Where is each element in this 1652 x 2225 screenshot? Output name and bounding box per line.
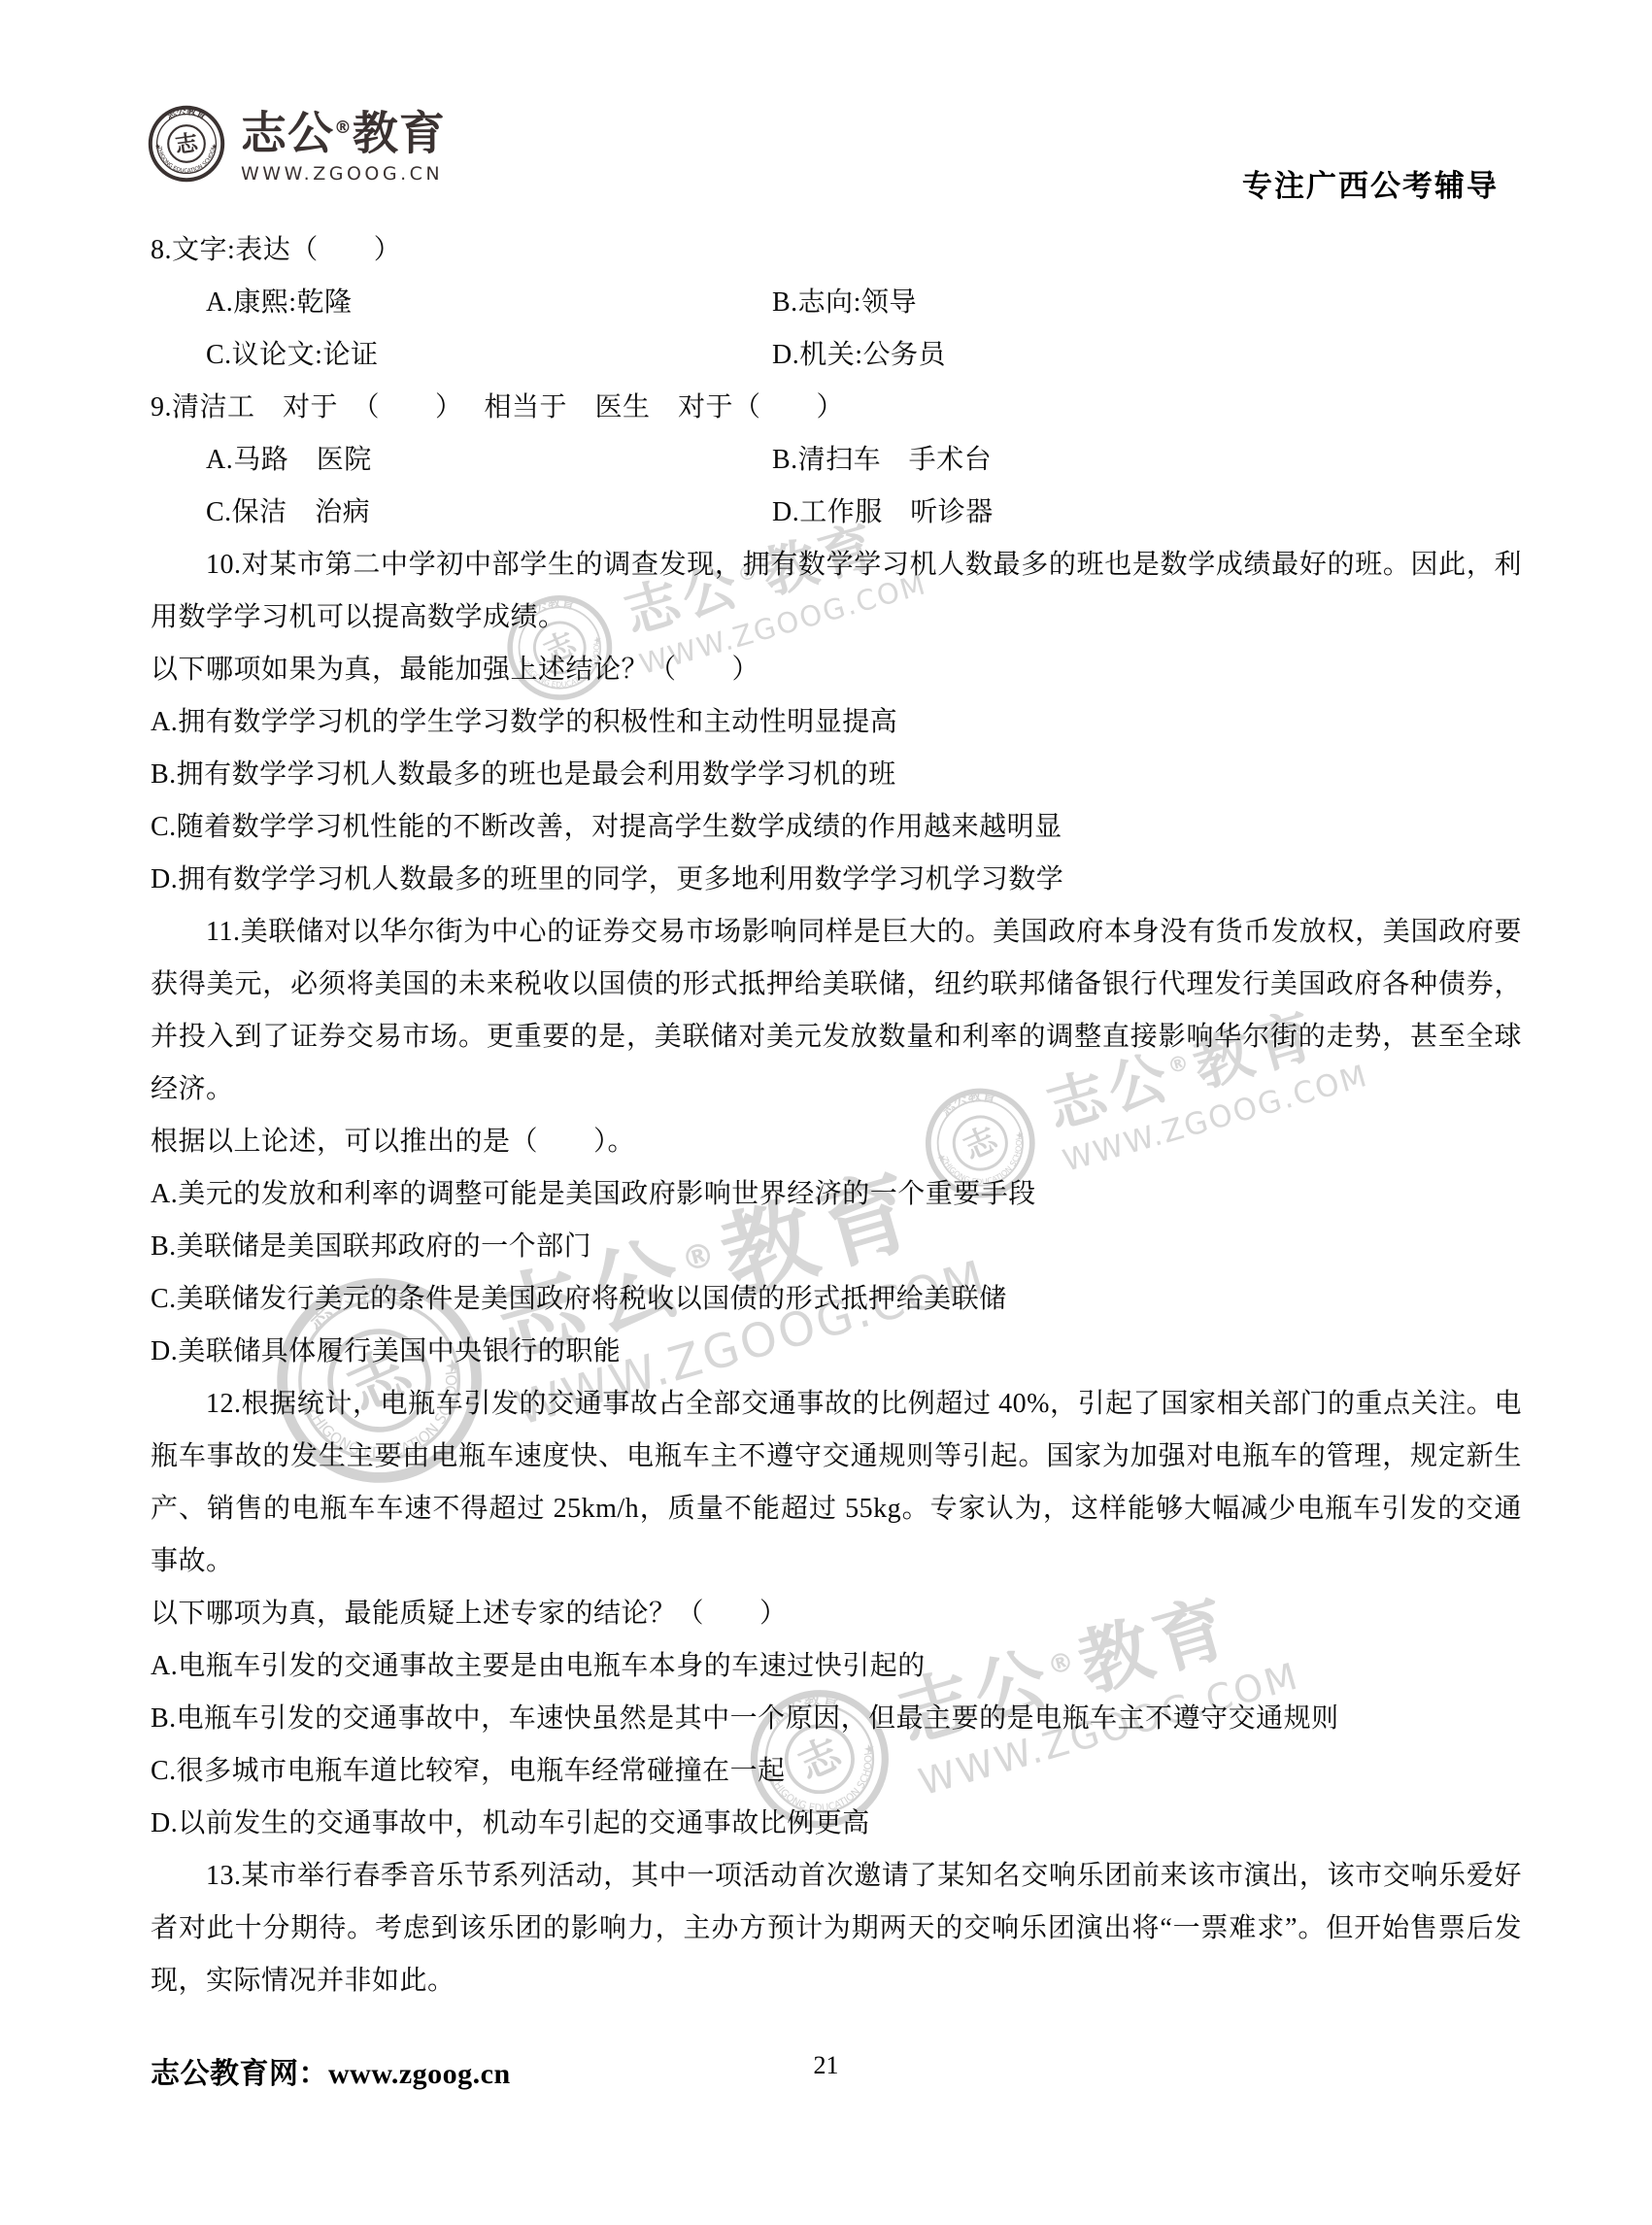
q8-stem: 8.文字:表达（ ） [151,224,1522,277]
q11-prompt: 根据以上论述，可以推出的是（ ）。 [151,1116,1522,1168]
q13-paragraph: 13.某市举行春季音乐节系列活动，其中一项活动首次邀请了某知名交响乐团前来该市演… [151,1850,1522,2007]
q8-option-b: B.志向:领导 [772,277,917,329]
questions-area: 8.文字:表达（ ） A.康熙:乾隆 B.志向:领导 C.议论文:论证 D.机关… [151,224,1522,2007]
q9-options-row-1: A.马路 医院 B.清扫车 手术台 [151,434,1522,487]
star-icon: ★ [154,143,160,151]
footer-site-link: 志公教育网：www.zgoog.cn [151,2049,511,2092]
q11-option-a: A.美元的发放和利率的调整可能是美国政府影响世界经济的一个重要手段 [151,1168,1522,1221]
q12-option-b: B.电瓶车引发的交通事故中，车速快虽然是其中一个原因，但最主要的是电瓶车主不遵守… [151,1693,1522,1745]
q12-option-a: A.电瓶车引发的交通事故主要是由电瓶车本身的车速过快引起的 [151,1640,1522,1693]
q10-option-d: D.拥有数学学习机人数最多的班里的同学，更多地利用数学学习机学习数学 [151,854,1522,906]
q8-option-a: A.康熙:乾隆 [206,287,353,318]
q8-option-c: C.议论文:论证 [206,340,378,370]
q11-option-c: C.美联储发行美元的条件是美国政府将税收以国债的形式抵押给美联储 [151,1273,1522,1326]
q11-option-d: D.美联储具体履行美国中央银行的职能 [151,1326,1522,1378]
q10-option-b: B.拥有数学学习机人数最多的班也是最会利用数学学习机的班 [151,749,1522,801]
q12-option-d: D.以前发生的交通事故中，机动车引起的交通事故比例更高 [151,1798,1522,1850]
q9-option-d: D.工作服 听诊器 [772,487,994,539]
brand-name: 志公®教育 [241,103,446,160]
registered-mark: ® [334,118,353,138]
q8-option-d: D.机关:公务员 [772,329,946,382]
q10-option-a: A.拥有数学学习机的学生学习数学的积极性和主动性明显提高 [151,696,1522,749]
q12-paragraph: 12.根据统计，电瓶车引发的交通事故占全部交通事故的比例超过 40%，引起了国家… [151,1378,1522,1588]
q9-option-c: C.保洁 治病 [206,497,370,527]
q10-option-c: C.随着数学学习机性能的不断改善，对提高学生数学成绩的作用越来越明显 [151,801,1522,854]
q11-option-b: B.美联储是美国联邦政府的一个部门 [151,1221,1522,1273]
seal-center-char: 志 [174,130,200,158]
q9-options-row-2: C.保洁 治病 D.工作服 听诊器 [151,487,1522,539]
brand-url: WWW.ZGOOG.CN [241,163,446,185]
q12-option-c: C.很多城市电瓶车道比较窄，电瓶车经常碰撞在一起 [151,1745,1522,1798]
q9-option-b: B.清扫车 手术台 [772,434,992,487]
star-icon: ★ [212,143,218,151]
q10-prompt: 以下哪项如果为真，最能加强上述结论？（ ） [151,644,1522,696]
q8-options-row-2: C.议论文:论证 D.机关:公务员 [151,329,1522,382]
brand-seal-icon: 志公教育 ZHIGONG EDUCATION SCHOOL ★ ★ 志 [148,105,225,183]
q9-stem: 9.清洁工 对于 （ ） 相当于 医生 对于（ ） [151,382,1522,434]
q8-options-row-1: A.康熙:乾隆 B.志向:领导 [151,277,1522,329]
document-page: 志公教育 ZHIGONG EDUCATION SCHOOL ★ ★ 志 志公®教… [0,0,1652,2225]
q12-prompt: 以下哪项为真，最能质疑上述专家的结论？（ ） [151,1588,1522,1640]
brand-logo: 志公教育 ZHIGONG EDUCATION SCHOOL ★ ★ 志 志公®教… [148,103,446,185]
q10-paragraph: 10.对某市第二中学初中部学生的调查发现，拥有数学学习机人数最多的班也是数学成绩… [151,539,1522,644]
header-slogan: 专注广西公考辅导 [1242,161,1499,205]
q9-option-a: A.马路 医院 [206,445,372,475]
q11-paragraph: 11.美联储对以华尔街为中心的证券交易市场影响同样是巨大的。美国政府本身没有货币… [151,906,1522,1116]
